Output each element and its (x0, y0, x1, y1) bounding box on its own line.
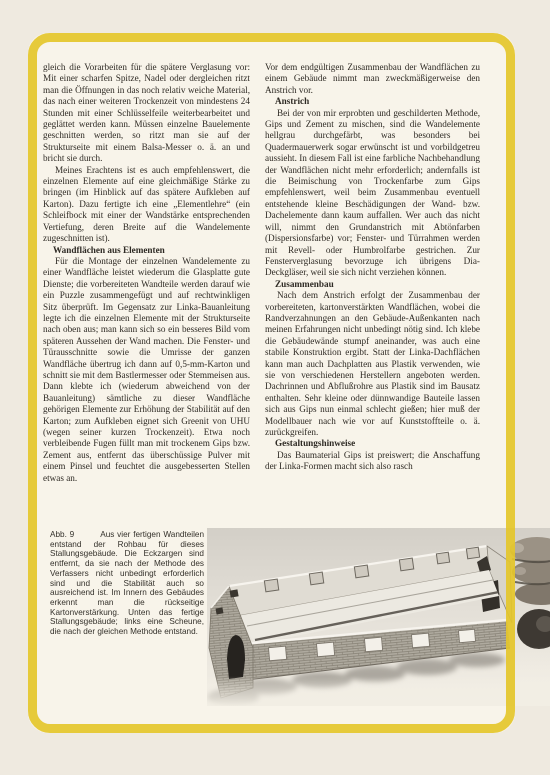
paragraph: gleich die Vorarbeiten für die spätere V… (43, 62, 250, 165)
figure-label: Abb. 9 (50, 530, 74, 539)
section-heading: Gestaltungshinweise (265, 438, 480, 449)
section-heading: Wandflächen aus Elementen (43, 245, 250, 256)
paragraph: Meines Erachtens ist es auch empfehlensw… (43, 165, 250, 245)
figure-caption-text: Aus vier fertigen Wandteilen entstand de… (50, 530, 204, 636)
photo-corner-fade (515, 646, 550, 706)
figure-photo (207, 528, 550, 706)
figure-caption: Abb. 9Aus vier fertigen Wandteilen entst… (50, 530, 204, 637)
section-heading: Zusammenbau (265, 279, 480, 290)
right-column: Vor dem endgültigen Zusammenbau der Wand… (265, 62, 480, 473)
left-column: gleich die Vorarbeiten für die spätere V… (43, 62, 250, 484)
book-page: gleich die Vorarbeiten für die spätere V… (0, 0, 550, 775)
paragraph: Nach dem Anstrich erfolgt der Zusammenba… (265, 290, 480, 438)
photo-bottom-fade (207, 676, 550, 706)
paragraph: Vor dem endgültigen Zusammenbau der Wand… (265, 62, 480, 96)
model-building-photo (207, 528, 550, 706)
section-heading: Anstrich (265, 96, 480, 107)
paragraph: Bei der von mir erprobten und geschilder… (265, 108, 480, 279)
paragraph: Das Baumaterial Gips ist preiswert; die … (265, 450, 480, 473)
paragraph: Für die Montage der einzelnen Wandelemen… (43, 256, 250, 484)
